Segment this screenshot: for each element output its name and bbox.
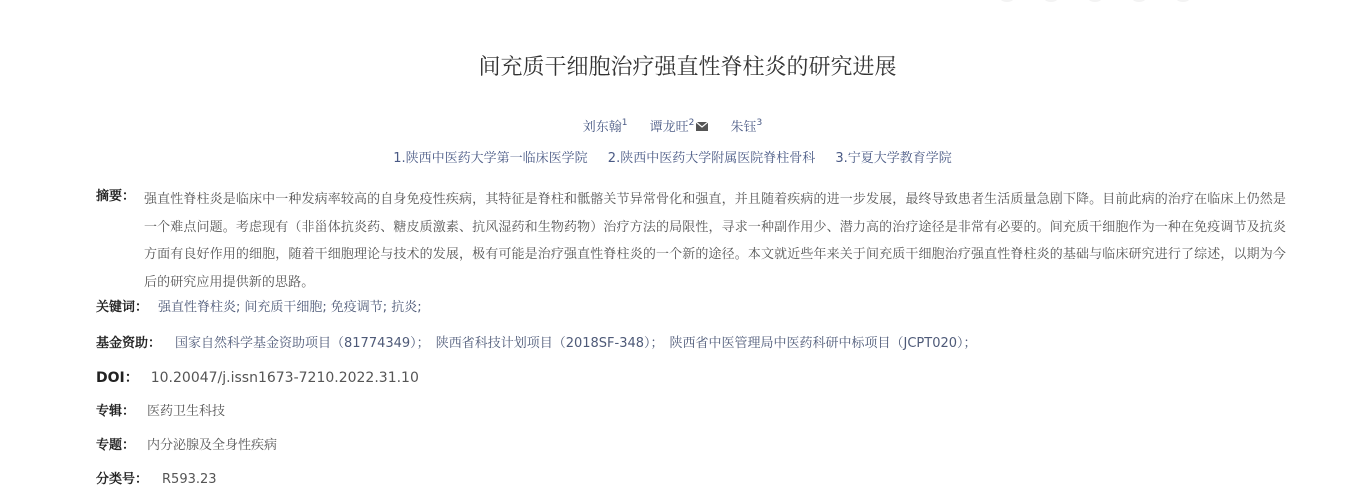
keyword-link[interactable]: 免疫调节; [331, 300, 387, 315]
author-affiliation-index: 3 [757, 118, 763, 128]
author-affiliation-index: 2 [689, 118, 695, 128]
affiliation-link[interactable]: 2.陕西中医药大学附属医院脊柱骨科 [608, 149, 815, 169]
funding-link[interactable]: 国家自然科学基金资助项目（81774349）； [175, 336, 430, 351]
topic-value: 内分泌腺及全身性疾病 [147, 438, 277, 453]
toolbar-circle [1176, 0, 1190, 2]
author-affiliation-index: 1 [622, 118, 628, 128]
funding-link[interactable]: 陕西省科技计划项目（2018SF-348）； [436, 336, 664, 351]
classification-value: R593.23 [162, 472, 217, 487]
article-title: 间充质干细胞治疗强直性脊柱炎的研究进展 [0, 52, 1355, 84]
toolbar-circle [1044, 0, 1058, 2]
topic-label: 专题： [96, 438, 135, 453]
affiliation-link[interactable]: 1.陕西中医药大学第一临床医学院 [393, 149, 587, 169]
abstract-section: 摘要： 强直性脊柱炎是临床中一种发病率较高的自身免疫性疾病，其特征是脊柱和骶髂关… [96, 186, 1286, 296]
toolbar-circle [1132, 0, 1146, 2]
classification-label: 分类号： [96, 472, 148, 487]
abstract-text: 强直性脊柱炎是临床中一种发病率较高的自身免疫性疾病，其特征是脊柱和骶髂关节异常骨… [144, 186, 1286, 296]
author-name: 朱钰 [731, 120, 757, 135]
keywords-label: 关键词： [96, 300, 148, 315]
keyword-link[interactable]: 抗炎; [391, 300, 421, 315]
toolbar-circle [1088, 0, 1102, 2]
author-list: 刘东翰1 谭龙旺2 朱钰3 [0, 118, 1345, 138]
toolbar-circle [1000, 0, 1014, 2]
author-link[interactable]: 朱钰3 [731, 118, 763, 138]
classification-section: 分类号：R593.23 [96, 470, 217, 490]
mail-icon[interactable] [696, 122, 708, 131]
doi-label: DOI： [96, 370, 139, 386]
abstract-label: 摘要： [96, 187, 144, 296]
topic-section: 专题：内分泌腺及全身性疾病 [96, 436, 277, 456]
affiliation-link[interactable]: 3.宁夏大学教育学院 [835, 149, 951, 169]
affiliation-list: 1.陕西中医药大学第一临床医学院 2.陕西中医药大学附属医院脊柱骨科 3.宁夏大… [0, 149, 1345, 169]
author-name: 刘东翰 [583, 120, 622, 135]
album-section: 专辑：医药卫生科技 [96, 402, 225, 422]
funding-section: 基金资助：国家自然科学基金资助项目（81774349）；陕西省科技计划项目（20… [96, 334, 983, 354]
keywords-section: 关键词：强直性脊柱炎;间充质干细胞;免疫调节;抗炎; [96, 298, 422, 318]
doi-value: 10.20047/j.issn1673-7210.2022.31.10 [151, 370, 419, 386]
album-value: 医药卫生科技 [147, 404, 225, 419]
author-link[interactable]: 刘东翰1 [583, 118, 628, 138]
doi-section: DOI：10.20047/j.issn1673-7210.2022.31.10 [96, 368, 419, 389]
author-name: 谭龙旺 [650, 120, 689, 135]
author-link[interactable]: 谭龙旺2 [650, 118, 709, 138]
album-label: 专辑： [96, 404, 135, 419]
funding-label: 基金资助： [96, 336, 161, 351]
top-toolbar-remnant [1000, 0, 1200, 2]
funding-link[interactable]: 陕西省中医管理局中医药科研中标项目（JCPT020）； [670, 336, 977, 351]
keyword-link[interactable]: 强直性脊柱炎; [158, 300, 240, 315]
keyword-link[interactable]: 间充质干细胞; [244, 300, 326, 315]
